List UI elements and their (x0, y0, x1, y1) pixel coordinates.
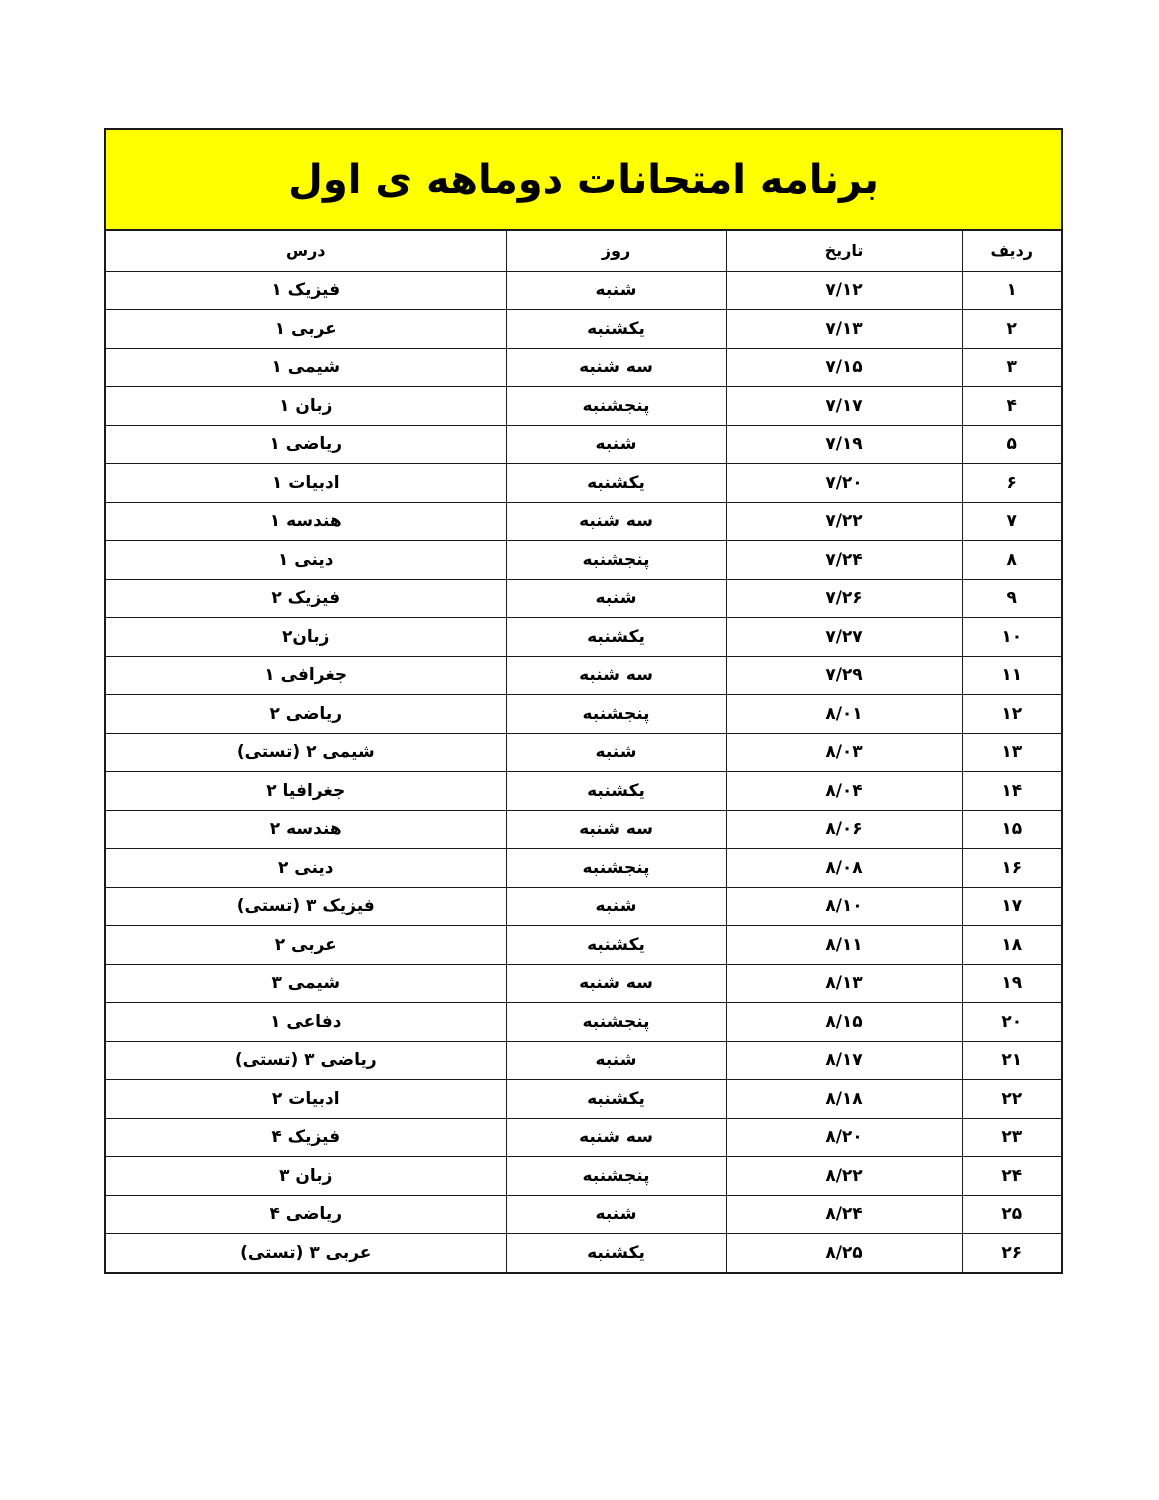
subject-cell: زبان۲ (106, 618, 506, 657)
row-number-cell: ۱ (962, 271, 1061, 310)
date-cell: ۷/۲۴ (726, 541, 962, 580)
table-row: ۱۷/۱۲شنبهفیزیک ۱ (106, 271, 1061, 310)
table-row: ۴۷/۱۷پنجشنبهزبان ۱ (106, 387, 1061, 426)
day-cell: شنبه (506, 887, 726, 926)
table-row: ۲۰۸/۱۵پنجشنبهدفاعی ۱ (106, 1003, 1061, 1042)
date-cell: ۸/۱۱ (726, 926, 962, 965)
day-cell: پنجشنبه (506, 849, 726, 888)
subject-cell: فیزیک ۴ (106, 1118, 506, 1157)
column-header-date: تاریخ (726, 231, 962, 271)
date-cell: ۸/۱۷ (726, 1041, 962, 1080)
row-number-cell: ۷ (962, 502, 1061, 541)
subject-cell: زبان ۱ (106, 387, 506, 426)
row-number-cell: ۱۵ (962, 810, 1061, 849)
date-cell: ۸/۲۴ (726, 1195, 962, 1234)
subject-cell: عربی ۳ (تستی) (106, 1234, 506, 1273)
row-number-cell: ۱۷ (962, 887, 1061, 926)
row-number-cell: ۲۶ (962, 1234, 1061, 1273)
day-cell: پنجشنبه (506, 387, 726, 426)
date-cell: ۸/۲۲ (726, 1157, 962, 1196)
day-cell: پنجشنبه (506, 695, 726, 734)
row-number-cell: ۲۲ (962, 1080, 1061, 1119)
table-row: ۲۶۸/۲۵یکشنبهعربی ۳ (تستی) (106, 1234, 1061, 1273)
table-row: ۵۷/۱۹شنبهریاضی ۱ (106, 425, 1061, 464)
date-cell: ۸/۱۵ (726, 1003, 962, 1042)
column-header-subject: درس (106, 231, 506, 271)
row-number-cell: ۱۰ (962, 618, 1061, 657)
table-row: ۳۷/۱۵سه شنبهشیمی ۱ (106, 348, 1061, 387)
day-cell: شنبه (506, 579, 726, 618)
row-number-cell: ۲۰ (962, 1003, 1061, 1042)
date-cell: ۸/۰۱ (726, 695, 962, 734)
date-cell: ۷/۱۳ (726, 310, 962, 349)
exam-schedule-sheet: برنامه امتحانات دوماهه ی اول ردیف تاریخ … (104, 128, 1063, 1274)
row-number-cell: ۱۲ (962, 695, 1061, 734)
table-body: ۱۷/۱۲شنبهفیزیک ۱۲۷/۱۳یکشنبهعربی ۱۳۷/۱۵سه… (106, 271, 1061, 1272)
day-cell: سه شنبه (506, 502, 726, 541)
table-row: ۲۳۸/۲۰سه شنبهفیزیک ۴ (106, 1118, 1061, 1157)
row-number-cell: ۱۶ (962, 849, 1061, 888)
subject-cell: ادبیات ۲ (106, 1080, 506, 1119)
row-number-cell: ۱۳ (962, 733, 1061, 772)
row-number-cell: ۳ (962, 348, 1061, 387)
date-cell: ۷/۲۶ (726, 579, 962, 618)
day-cell: یکشنبه (506, 772, 726, 811)
table-row: ۶۷/۲۰یکشنبهادبیات ۱ (106, 464, 1061, 503)
subject-cell: عربی ۱ (106, 310, 506, 349)
subject-cell: شیمی ۲ (تستی) (106, 733, 506, 772)
day-cell: پنجشنبه (506, 1003, 726, 1042)
row-number-cell: ۱۱ (962, 656, 1061, 695)
date-cell: ۸/۰۶ (726, 810, 962, 849)
subject-cell: فیزیک ۱ (106, 271, 506, 310)
row-number-cell: ۸ (962, 541, 1061, 580)
subject-cell: هندسه ۱ (106, 502, 506, 541)
table-row: ۱۵۸/۰۶سه شنبههندسه ۲ (106, 810, 1061, 849)
day-cell: شنبه (506, 1195, 726, 1234)
row-number-cell: ۲۱ (962, 1041, 1061, 1080)
date-cell: ۸/۰۴ (726, 772, 962, 811)
date-cell: ۸/۰۳ (726, 733, 962, 772)
date-cell: ۸/۱۳ (726, 964, 962, 1003)
day-cell: سه شنبه (506, 810, 726, 849)
table-row: ۸۷/۲۴پنجشنبهدینی ۱ (106, 541, 1061, 580)
table-row: ۲۷/۱۳یکشنبهعربی ۱ (106, 310, 1061, 349)
day-cell: یکشنبه (506, 310, 726, 349)
day-cell: شنبه (506, 1041, 726, 1080)
date-cell: ۷/۲۰ (726, 464, 962, 503)
day-cell: یکشنبه (506, 618, 726, 657)
table-row: ۷۷/۲۲سه شنبههندسه ۱ (106, 502, 1061, 541)
date-cell: ۷/۱۹ (726, 425, 962, 464)
table-row: ۱۰۷/۲۷یکشنبهزبان۲ (106, 618, 1061, 657)
day-cell: شنبه (506, 271, 726, 310)
subject-cell: دینی ۲ (106, 849, 506, 888)
table-row: ۲۲۸/۱۸یکشنبهادبیات ۲ (106, 1080, 1061, 1119)
date-cell: ۷/۱۵ (726, 348, 962, 387)
subject-cell: دینی ۱ (106, 541, 506, 580)
table-row: ۱۷۸/۱۰شنبهفیزیک ۳ (تستی) (106, 887, 1061, 926)
subject-cell: فیزیک ۳ (تستی) (106, 887, 506, 926)
day-cell: شنبه (506, 425, 726, 464)
subject-cell: جغرافیا ۲ (106, 772, 506, 811)
subject-cell: ریاضی ۲ (106, 695, 506, 734)
title-banner: برنامه امتحانات دوماهه ی اول (106, 130, 1061, 231)
subject-cell: عربی ۲ (106, 926, 506, 965)
subject-cell: ریاضی ۳ (تستی) (106, 1041, 506, 1080)
date-cell: ۸/۰۸ (726, 849, 962, 888)
day-cell: یکشنبه (506, 1234, 726, 1273)
table-row: ۱۲۸/۰۱پنجشنبهریاضی ۲ (106, 695, 1061, 734)
subject-cell: جغرافی ۱ (106, 656, 506, 695)
table-row: ۲۵۸/۲۴شنبهریاضی ۴ (106, 1195, 1061, 1234)
table-row: ۱۸۸/۱۱یکشنبهعربی ۲ (106, 926, 1061, 965)
row-number-cell: ۲۵ (962, 1195, 1061, 1234)
row-number-cell: ۶ (962, 464, 1061, 503)
table-row: ۱۶۸/۰۸پنجشنبهدینی ۲ (106, 849, 1061, 888)
table-row: ۲۱۸/۱۷شنبهریاضی ۳ (تستی) (106, 1041, 1061, 1080)
row-number-cell: ۱۹ (962, 964, 1061, 1003)
date-cell: ۷/۲۲ (726, 502, 962, 541)
row-number-cell: ۲۳ (962, 1118, 1061, 1157)
day-cell: سه شنبه (506, 964, 726, 1003)
row-number-cell: ۵ (962, 425, 1061, 464)
subject-cell: دفاعی ۱ (106, 1003, 506, 1042)
exam-schedule-table: ردیف تاریخ روز درس ۱۷/۱۲شنبهفیزیک ۱۲۷/۱۳… (106, 231, 1061, 1272)
subject-cell: شیمی ۱ (106, 348, 506, 387)
row-number-cell: ۲ (962, 310, 1061, 349)
day-cell: پنجشنبه (506, 1157, 726, 1196)
date-cell: ۸/۲۰ (726, 1118, 962, 1157)
subject-cell: شیمی ۳ (106, 964, 506, 1003)
date-cell: ۷/۲۷ (726, 618, 962, 657)
table-row: ۲۴۸/۲۲پنجشنبهزبان ۳ (106, 1157, 1061, 1196)
subject-cell: ریاضی ۴ (106, 1195, 506, 1234)
row-number-cell: ۱۸ (962, 926, 1061, 965)
row-number-cell: ۴ (962, 387, 1061, 426)
table-row: ۱۳۸/۰۳شنبهشیمی ۲ (تستی) (106, 733, 1061, 772)
date-cell: ۷/۱۷ (726, 387, 962, 426)
table-row: ۱۹۸/۱۳سه شنبهشیمی ۳ (106, 964, 1061, 1003)
row-number-cell: ۹ (962, 579, 1061, 618)
date-cell: ۷/۲۹ (726, 656, 962, 695)
day-cell: سه شنبه (506, 1118, 726, 1157)
day-cell: شنبه (506, 733, 726, 772)
table-header-row: ردیف تاریخ روز درس (106, 231, 1061, 271)
table-row: ۹۷/۲۶شنبهفیزیک ۲ (106, 579, 1061, 618)
day-cell: پنجشنبه (506, 541, 726, 580)
table-row: ۱۴۸/۰۴یکشنبهجغرافیا ۲ (106, 772, 1061, 811)
subject-cell: زبان ۳ (106, 1157, 506, 1196)
date-cell: ۸/۱۸ (726, 1080, 962, 1119)
subject-cell: فیزیک ۲ (106, 579, 506, 618)
subject-cell: ریاضی ۱ (106, 425, 506, 464)
column-header-day: روز (506, 231, 726, 271)
row-number-cell: ۱۴ (962, 772, 1061, 811)
table-row: ۱۱۷/۲۹سه شنبهجغرافی ۱ (106, 656, 1061, 695)
day-cell: سه شنبه (506, 348, 726, 387)
column-header-row-number: ردیف (962, 231, 1061, 271)
date-cell: ۸/۱۰ (726, 887, 962, 926)
date-cell: ۷/۱۲ (726, 271, 962, 310)
day-cell: یکشنبه (506, 464, 726, 503)
subject-cell: هندسه ۲ (106, 810, 506, 849)
page-title: برنامه امتحانات دوماهه ی اول (288, 157, 879, 203)
day-cell: یکشنبه (506, 926, 726, 965)
row-number-cell: ۲۴ (962, 1157, 1061, 1196)
subject-cell: ادبیات ۱ (106, 464, 506, 503)
day-cell: سه شنبه (506, 656, 726, 695)
date-cell: ۸/۲۵ (726, 1234, 962, 1273)
day-cell: یکشنبه (506, 1080, 726, 1119)
